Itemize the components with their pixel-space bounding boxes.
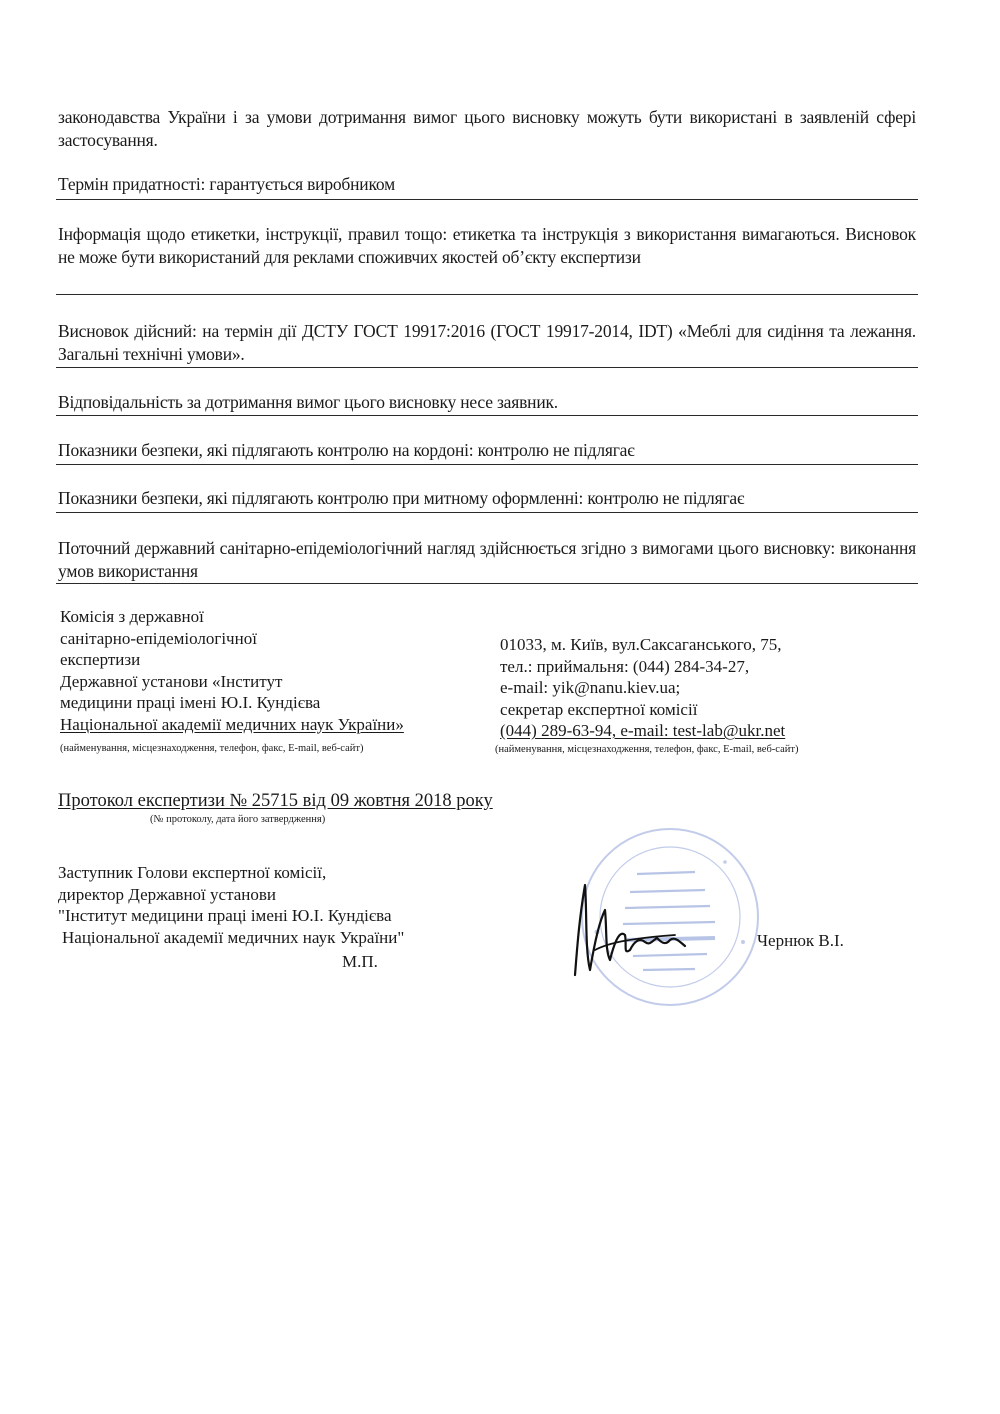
protocol-number: Протокол експертизи № 25715 від 09 жовтн… (58, 790, 493, 812)
paragraph-continuation: законодавства України і за умови дотрима… (58, 106, 916, 152)
protocol-caption: (№ протоколу, дата його затвердження) (150, 813, 325, 826)
commission-contacts: 01033, м. Київ, вул.Саксаганського, 75, … (500, 634, 785, 742)
paragraph-text: Показники безпеки, які підлягають контро… (58, 487, 916, 510)
divider-line (56, 367, 918, 368)
paragraph-supervision: Поточний державний санітарно-епідеміолог… (58, 537, 916, 583)
divider-line (56, 415, 918, 416)
divider-line (56, 464, 918, 465)
paragraph-responsibility: Відповідальність за дотримання вимог цьо… (58, 391, 916, 414)
email-line: e-mail: yik@nanu.kiev.ua; (500, 677, 785, 699)
paragraph-text: Поточний державний санітарно-епідеміолог… (58, 537, 916, 583)
paragraph-text: Термін придатності: гарантується виробни… (58, 173, 916, 196)
paragraph-label-info: Інформація щодо етикетки, інструкції, пр… (58, 223, 916, 269)
commission-line: медицини праці імені Ю.І. Кундієва (60, 692, 404, 714)
signatory-line: Заступник Голови експертної комісії, (58, 862, 404, 884)
commission-left-caption: (найменування, місцезнаходження, телефон… (60, 742, 363, 755)
seal-label: М.П. (342, 952, 378, 972)
commission-name: Комісія з державної санітарно-епідеміоло… (60, 606, 404, 735)
paragraph-text: Відповідальність за дотримання вимог цьо… (58, 391, 916, 414)
paragraph-customs-control: Показники безпеки, які підлягають контро… (58, 487, 916, 510)
paragraph-text: Висновок дійсний: на термін дії ДСТУ ГОС… (58, 320, 916, 366)
commission-line: експертизи (60, 649, 404, 671)
commission-right-caption: (найменування, місцезнаходження, телефон… (495, 743, 798, 756)
divider-line (56, 583, 918, 584)
divider-line (56, 199, 918, 200)
paragraph-text: Показники безпеки, які підлягають контро… (58, 439, 916, 462)
document-page: законодавства України і за умови дотрима… (0, 0, 1000, 1414)
secretary-line: секретар експертної комісії (500, 699, 785, 721)
signatory-line: Національної академії медичних наук Укра… (58, 927, 404, 949)
signature-icon (565, 880, 705, 980)
secretary-contact-line: (044) 289-63-94, e-mail: test-lab@ukr.ne… (500, 720, 785, 742)
divider-line (56, 512, 918, 513)
signatory-line: "Інститут медицини праці імені Ю.І. Кунд… (58, 905, 404, 927)
signatory-line: директор Державної установи (58, 884, 404, 906)
paragraph-validity: Висновок дійсний: на термін дії ДСТУ ГОС… (58, 320, 916, 366)
paragraph-shelf-life: Термін придатності: гарантується виробни… (58, 173, 916, 196)
paragraph-text: законодавства України і за умови дотрима… (58, 106, 916, 152)
paragraph-border-control: Показники безпеки, які підлягають контро… (58, 439, 916, 462)
signatory-title: Заступник Голови експертної комісії, дир… (58, 862, 404, 948)
phone-line: тел.: приймальня: (044) 284-34-27, (500, 656, 785, 678)
address-line: 01033, м. Київ, вул.Саксаганського, 75, (500, 634, 785, 656)
commission-line: Комісія з державної (60, 606, 404, 628)
commission-line: Національної академії медичних наук Укра… (60, 714, 404, 736)
signatory-name: Чернюк В.І. (757, 931, 844, 951)
divider-line (56, 294, 918, 295)
commission-line: Державної установи «Інститут (60, 671, 404, 693)
paragraph-text: Інформація щодо етикетки, інструкції, пр… (58, 223, 916, 269)
commission-line: санітарно-епідеміологічної (60, 628, 404, 650)
